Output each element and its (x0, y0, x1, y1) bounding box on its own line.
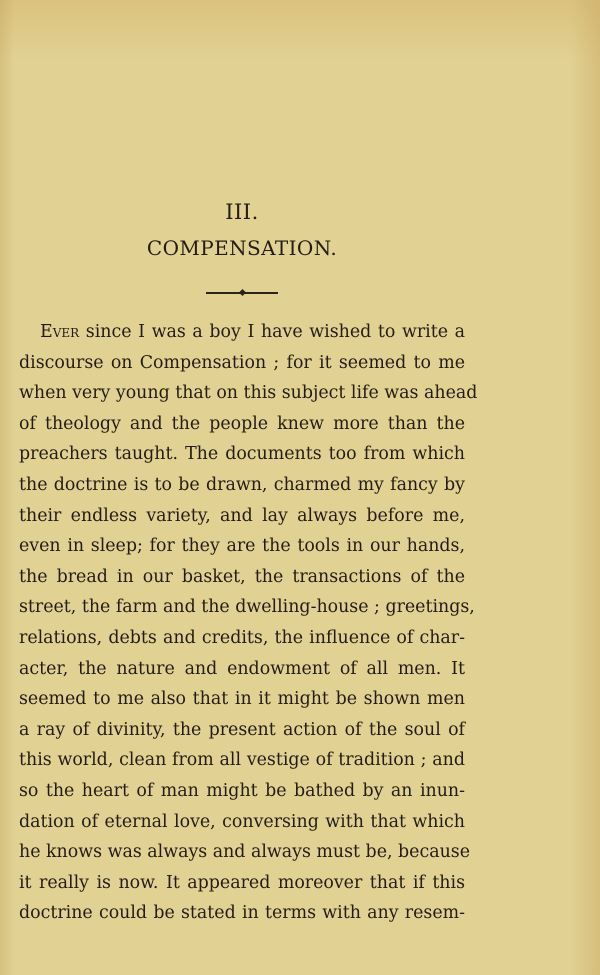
text-line: preachers taught. The documents too from… (19, 439, 465, 470)
text-line: the bread in our basket, the transaction… (19, 562, 465, 593)
text-line: seemed to me also that in it might be sh… (19, 684, 465, 715)
text-line: even in sleep; for they are the tools in… (19, 531, 465, 562)
text-line: street, the farm and the dwelling-house … (19, 592, 465, 623)
text-line: dation of eternal love, conversing with … (19, 807, 465, 838)
body-text: Ever since I was a boy I have wished to … (19, 317, 465, 929)
text-line: he knows was always and always must be, … (19, 837, 465, 868)
ornament-diamond-icon (239, 289, 246, 296)
text-line: this world, clean from all vestige of tr… (19, 745, 465, 776)
book-page: III. COMPENSATION. Ever since I was a bo… (0, 0, 600, 975)
chapter-number: III. (0, 200, 484, 224)
text-line: discourse on Compensation ; for it seeme… (19, 348, 465, 379)
text-line: a ray of divinity, the present action of… (19, 715, 465, 746)
text-line: it really is now. It appeared moreover t… (19, 868, 465, 899)
text-line: so the heart of man might be bathed by a… (19, 776, 465, 807)
text-line: acter, the nature and endowment of all m… (19, 654, 465, 685)
text-line: their endless variety, and lay always be… (19, 501, 465, 532)
text-line: the doctrine is to be drawn, charmed my … (19, 470, 465, 501)
text-line: of theology and the people knew more tha… (19, 409, 465, 440)
chapter-title: COMPENSATION. (0, 236, 484, 260)
text-line-rest: since I was a boy I have wished to write… (79, 322, 465, 342)
text-line: relations, debts and credits, the influe… (19, 623, 465, 654)
text-line: when very young that on this subject lif… (19, 378, 465, 409)
text-line: Ever since I was a boy I have wished to … (19, 317, 465, 348)
drop-word: Ever (40, 322, 79, 342)
text-line: doctrine could be stated in terms with a… (19, 898, 465, 929)
